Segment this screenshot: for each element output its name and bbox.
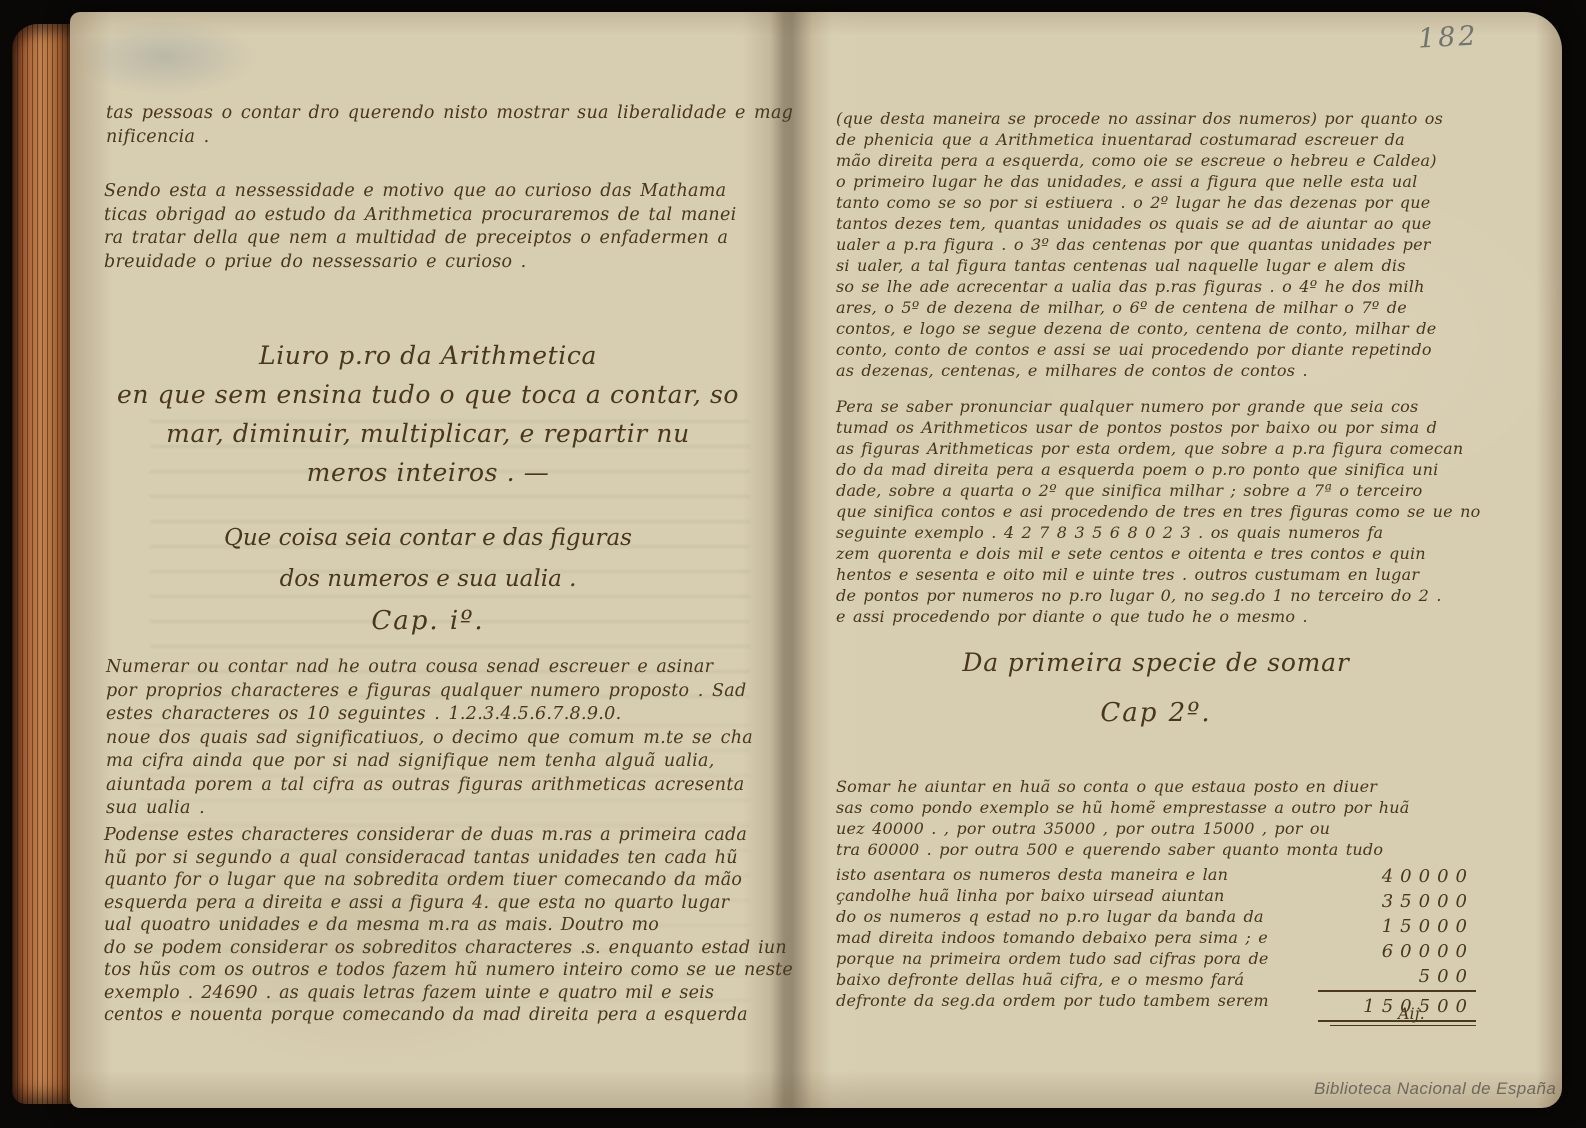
left-opening-paragraph: tas pessoas o contar dro querendo nisto … xyxy=(106,102,754,149)
chapter-one-heading: Que coisa seia contar e das figurasdos n… xyxy=(104,518,752,600)
sum-column: 40000350001500060000500 150500 xyxy=(1318,864,1476,1026)
somar-paragraph-full: Somar he aiuntar en huã so conta o que e… xyxy=(836,776,1476,860)
chapter-two-number: Cap 2º. xyxy=(836,698,1476,728)
left-paragraph-numerar: Numerar ou contar nad he outra cousa sen… xyxy=(106,656,754,821)
book-fore-edge xyxy=(12,24,78,1104)
somar-paragraph-wrap: isto asentara os numeros desta maneira e… xyxy=(836,864,1312,1026)
left-paragraph-characteres: Podense estes characteres considerar de … xyxy=(104,824,756,1027)
double-rule xyxy=(1330,1025,1476,1026)
sum-total: 150500 xyxy=(1318,994,1476,1022)
manuscript-scan: tas pessoas o contar dro querendo nisto … xyxy=(0,0,1586,1128)
right-pronounce-paragraph: Pera se saber pronunciar qualquer numero… xyxy=(836,396,1476,627)
catchword: Aij. xyxy=(1398,1004,1425,1023)
addend-rows: 40000350001500060000500 xyxy=(1318,864,1476,992)
chapter-two-heading: Da primeira specie de somar xyxy=(836,648,1476,677)
bne-watermark: Biblioteca Nacional de España xyxy=(1314,1079,1556,1099)
chapter-one-number: Cap. iº. xyxy=(104,606,752,636)
book-title: Liuro p.ro da Arithmeticaen que sem ensi… xyxy=(104,336,752,492)
right-places-paragraph: (que desta maneira se procede no assinar… xyxy=(836,108,1476,381)
left-intro-paragraph: Sendo esta a nessessidade e motivo que a… xyxy=(104,180,752,274)
folio-number: 182 xyxy=(1417,20,1479,54)
addition-example: isto asentara os numeros desta maneira e… xyxy=(836,864,1476,1026)
